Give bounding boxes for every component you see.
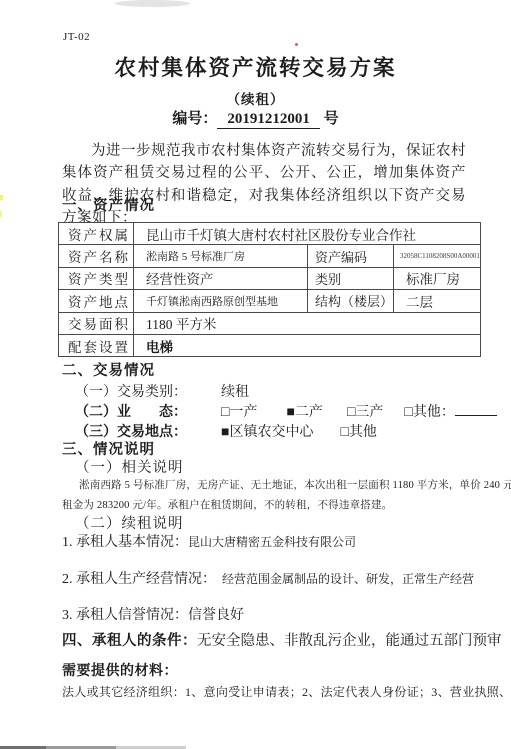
document-number-line: 编号：20191212001 号 <box>0 107 511 128</box>
checkbox-option-other: □其他 <box>340 425 376 440</box>
renewal-notes-heading: （二）续租说明 <box>75 512 184 533</box>
related-notes-line-1: 淞南西路 5 号标准厂房，无房产证、无土地证，本次出租一层面积 1180 平方米… <box>79 477 511 492</box>
category-label: 类别 <box>308 267 394 289</box>
blank-underline <box>455 402 497 416</box>
table-row: 资产权属 昆山市千灯镇大唐村农村社区股份专业合作社 <box>59 223 481 245</box>
table-row: 资产名称 淞南路 5 号标准厂房 资产编码 32058C1108208S00A0… <box>59 245 481 267</box>
scan-smudge-artifact <box>115 0 190 7</box>
form-code: JT-02 <box>63 31 90 43</box>
yellow-edge-mark <box>0 195 3 200</box>
scanned-document-page: JT-02 农村集体资产流转交易方案 （续租） 编号：20191212001 号… <box>0 0 511 749</box>
document-number-suffix: 号 <box>324 111 339 127</box>
lessee-basic-info-line: 1. 承租人基本情况：昆山大唐精密五金科技有限公司 <box>62 531 356 551</box>
materials-text: 法人或其它经济组织：1、意向受让申请表；2、法定代表人身份证；3、营业执照、 <box>62 683 511 700</box>
transaction-area-label: 交易面积 <box>59 312 134 334</box>
facilities-label: 配套设置 <box>59 334 134 356</box>
transaction-category-line: （一）交易类别：续租 <box>75 381 249 401</box>
asset-location-value: 千灯镇淞南西路原创型基地 <box>134 290 308 312</box>
table-row: 资产类型 经营性资产 类别 标准厂房 <box>59 267 481 289</box>
lessee-basic-label: 1. 承租人基本情况： <box>62 535 188 550</box>
lessee-operation-value: 经营范围金属制品的设计、研发，正常生产经营 <box>222 572 474 586</box>
lessee-conditions-line: 四、承租人的条件：无安全隐患、非散乱污企业，能通过五部门预审 <box>62 629 502 650</box>
asset-name-value: 淞南路 5 号标准厂房 <box>134 245 308 267</box>
checkbox-option-tertiary: □三产 <box>347 405 383 420</box>
table-row: 资产地点 千灯镇淞南西路原创型基地 结构（楼层） 二层 <box>59 290 481 312</box>
document-subtitle: （续租） <box>0 88 511 108</box>
asset-code-label: 资产编码 <box>308 245 394 267</box>
table-row: 配套设置 电梯 <box>59 334 481 356</box>
asset-ownership-value: 昆山市千灯镇大唐村农村社区股份专业合作社 <box>134 223 481 245</box>
intro-paragraph: 为进一步规范我市农村集体资产流转交易行为，保证农村集体资产租赁交易过程的公平、公… <box>62 140 466 230</box>
asset-info-table: 资产权属 昆山市千灯镇大唐村农村社区股份专业合作社 资产名称 淞南路 5 号标准… <box>58 222 481 357</box>
section-2-heading: 二、交易情况 <box>62 359 155 380</box>
structure-label: 结构（楼层） <box>308 290 394 312</box>
yellow-edge-mark <box>0 211 2 217</box>
lessee-credit-value: 信誉良好 <box>188 608 244 623</box>
table-row: 交易面积 1180 平方米 <box>59 312 481 334</box>
structure-value: 二层 <box>394 290 481 312</box>
lessee-credit-line: 3. 承租人信誉情况：信誉良好 <box>62 604 244 624</box>
facilities-value: 电梯 <box>134 334 481 356</box>
section-4-heading: 四、承租人的条件： <box>62 633 197 649</box>
lessee-conditions-value: 无安全隐患、非散乱污企业，能通过五部门预审 <box>197 633 502 649</box>
lessee-credit-label: 3. 承租人信誉情况： <box>62 608 188 623</box>
document-number-label: 编号： <box>172 111 217 127</box>
asset-location-label: 资产地点 <box>59 290 134 312</box>
related-notes-heading: （一）相关说明 <box>75 456 184 477</box>
document-title: 农村集体资产流转交易方案 <box>0 51 511 82</box>
asset-type-label: 资产类型 <box>59 267 134 289</box>
red-dot-mark <box>295 43 298 46</box>
asset-name-label: 资产名称 <box>59 245 134 267</box>
transaction-area-value: 1180 平方米 <box>134 312 481 334</box>
checkbox-option-secondary-checked: ■二产 <box>286 405 322 420</box>
asset-ownership-label: 资产权属 <box>59 223 134 245</box>
asset-type-value: 经营性资产 <box>134 267 308 289</box>
document-number-value: 20191212001 <box>217 111 320 129</box>
materials-heading: 需要提供的材料： <box>62 660 178 680</box>
asset-code-value: 32058C1108208S00A00001 <box>394 245 481 267</box>
related-notes-line-2: 租金为 283200 元/年。承租户在租赁期间，不的转租，不得违章搭建。 <box>62 497 392 512</box>
checkbox-option-other: □其他： <box>404 405 454 420</box>
checkbox-option-primary: □一产 <box>221 405 257 420</box>
business-type-label: （二）业 态： <box>75 401 203 421</box>
lessee-operation-line: 2. 承租人生产经营情况：经营范围金属制品的设计、研发，正常生产经营 <box>62 568 474 588</box>
category-value: 标准厂房 <box>394 267 481 289</box>
business-type-line: （二）业 态：□一产■二产□三产□其他： <box>75 401 497 421</box>
checkbox-option-trade-center-checked: ■区镇农交中心 <box>221 425 313 440</box>
section-1-heading: 一、资产情况 <box>62 194 155 215</box>
lessee-basic-value: 昆山大唐精密五金科技有限公司 <box>188 535 356 549</box>
transaction-category-label: （一）交易类别： <box>75 381 203 401</box>
transaction-category-value: 续租 <box>221 385 249 400</box>
lessee-operation-label: 2. 承租人生产经营情况： <box>62 572 216 587</box>
